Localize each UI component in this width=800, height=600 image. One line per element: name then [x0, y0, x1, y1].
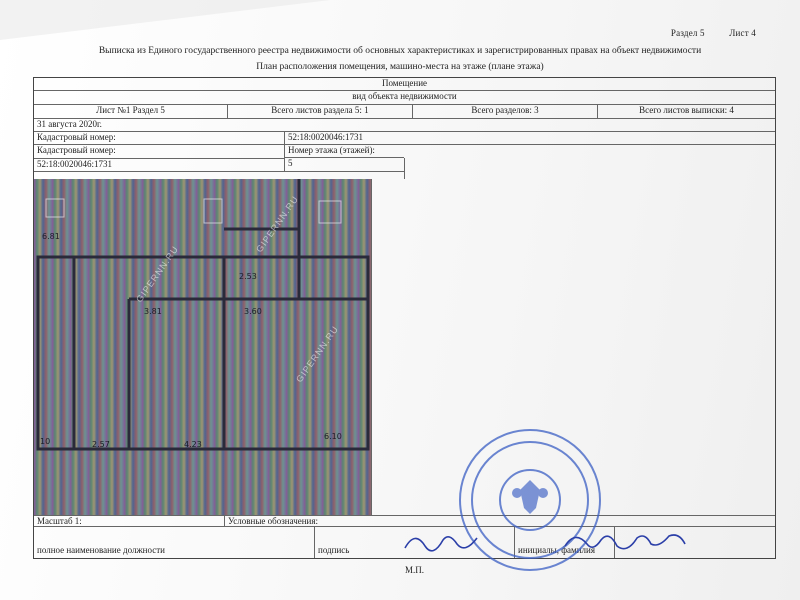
scale-legend-row: Масштаб 1: Условные обозначения:: [34, 515, 775, 527]
cadastral-floor-row: Кадастровый номер: Номер этажа (этажей):: [34, 145, 775, 158]
cadastral-label-2: Кадастровый номер:: [34, 145, 284, 158]
page-fold-shadow: [0, 0, 330, 40]
seal-label: М.П.: [405, 565, 424, 575]
sheets-in-section: Всего листов раздела 5: 1: [227, 105, 412, 118]
floor-plan-image: 3.81 3.60 2.53 2.57 4.23 6.10 6.81 10 GI…: [34, 179, 372, 515]
total-sections: Всего разделов: 3: [412, 105, 597, 118]
svg-text:2.53: 2.53: [239, 272, 257, 281]
cadastral-floor-values-row: 52:18:0020046:1731 5: [34, 158, 775, 179]
dim-label: 3.81: [144, 307, 162, 316]
cadastral-label: Кадастровый номер:: [34, 132, 284, 144]
floor-label: Номер этажа (этажей):: [284, 145, 404, 158]
object-type: Помещение: [34, 78, 775, 90]
name-scribble: [560, 528, 710, 558]
sheet-info: Лист №1 Раздел 5: [34, 105, 227, 118]
cadastral-value-2: 52:18:0020046:1731: [34, 158, 284, 172]
signature-scribble: [400, 528, 490, 558]
object-type-caption-row: вид объекта недвижимости: [34, 91, 775, 105]
svg-text:4.23: 4.23: [184, 440, 202, 449]
document-subtitle: План расположения помещения, машино-мест…: [0, 62, 800, 72]
sheet-info-row: Лист №1 Раздел 5 Всего листов раздела 5:…: [34, 105, 775, 119]
svg-text:6.81: 6.81: [42, 232, 60, 241]
total-sheets: Всего листов выписки: 4: [597, 105, 775, 118]
floor-value: 5: [284, 158, 404, 172]
position-label: полное наименование должности: [34, 527, 314, 558]
section-label: Раздел 5: [671, 28, 705, 38]
object-type-caption: вид объекта недвижимости: [34, 91, 775, 104]
cadastral-value: 52:18:0020046:1731: [284, 132, 775, 144]
svg-text:10: 10: [40, 437, 50, 446]
document-title: Выписка из Единого государственного реес…: [0, 46, 800, 56]
object-type-row: Помещение: [34, 78, 775, 91]
scale-label: Масштаб 1:: [34, 516, 224, 526]
sheet-label: Лист 4: [729, 28, 756, 38]
extract-table: Помещение вид объекта недвижимости Лист …: [33, 77, 776, 559]
svg-text:6.10: 6.10: [324, 432, 342, 441]
cadastral-row: Кадастровый номер: 52:18:0020046:1731: [34, 132, 775, 145]
header-right: Раздел 5 Лист 4: [649, 28, 756, 38]
date-row: 31 августа 2020г.: [34, 119, 775, 132]
svg-text:3.60: 3.60: [244, 307, 262, 316]
extract-date: 31 августа 2020г.: [34, 119, 775, 131]
divider: [404, 158, 405, 179]
svg-text:2.57: 2.57: [92, 440, 110, 449]
